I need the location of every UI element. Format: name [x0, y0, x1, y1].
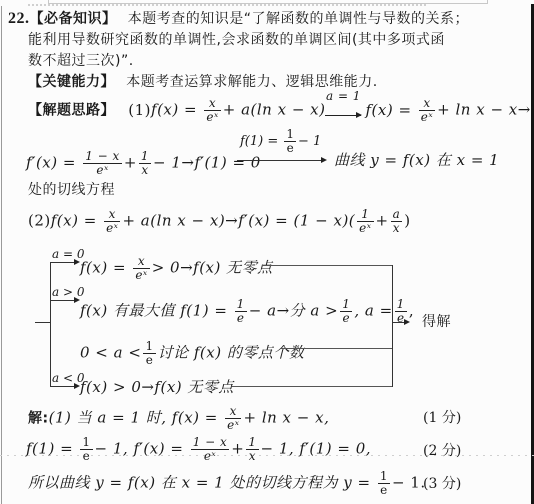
solution-text: f(1) = [26, 440, 78, 458]
branch-text: f(x) 有最大值 f(1) = [80, 302, 233, 320]
branch-arrow-4 [50, 386, 76, 387]
numerator: x [204, 97, 220, 111]
fraction: 1 − xeˣ [191, 436, 230, 463]
fraction: 1e [340, 298, 352, 325]
branch-3-connector [280, 348, 392, 349]
branch-4-connector [232, 386, 392, 387]
branch-text: f(x) > 0→f(x) 无零点 [80, 378, 234, 396]
numerator: 1 [143, 340, 155, 354]
fraction: ax [391, 208, 403, 235]
knowledge-text-1: 本题考查的知识是“了解函数的单调性与导数的关系； [128, 11, 469, 27]
solution-text: − 1. [392, 474, 426, 492]
arrow-a-equals-1: a = 1 [325, 104, 361, 124]
f-def-mid: + a(ln x − x)→f′(x) = (1 − x)( [122, 212, 355, 230]
top-dotted-line [28, 4, 428, 6]
numerator: 1 [357, 208, 373, 222]
numerator: 1 [235, 298, 247, 312]
solution-text: (1) 当 a = 1 时, f(x) = [49, 409, 224, 427]
plus: + [231, 440, 244, 458]
numerator: 1 [395, 298, 407, 312]
denominator: eˣ [133, 269, 149, 282]
numerator: 1 [139, 150, 151, 164]
part2-line: (2)f(x) = xeˣ+ a(ln x − x)→f′(x) = (1 − … [28, 208, 411, 235]
conclusion-line-2: 处的切线方程 [28, 180, 115, 200]
plus: + [376, 212, 389, 230]
branch-text: > 0→f(x) 无零点 [152, 259, 273, 277]
denominator: e [378, 484, 390, 497]
plus: + [124, 154, 137, 172]
branch-text: 讨论 f(x) 的零点个数 [158, 344, 305, 362]
denominator: eˣ [357, 222, 373, 235]
solution-text: − 1, f′(x) = [95, 440, 189, 458]
numerator: 1 [340, 298, 352, 312]
f-def-rest: + a(ln x − x) [223, 101, 326, 119]
branch-text: 0 < a < [80, 344, 141, 362]
branch-arrow-2 [50, 300, 76, 301]
numerator: a [391, 208, 403, 222]
solution-text: 所以曲线 y = f(x) 在 x = 1 处的切线方程为 y = [28, 474, 376, 492]
score-3: (3 分) [423, 473, 461, 493]
label-pre: f(1) = [240, 134, 282, 149]
arrow-head-icon [321, 157, 327, 163]
bracket-input-line [35, 322, 51, 323]
numerator: 1 [284, 128, 296, 142]
part1-label: (1) [128, 101, 151, 119]
long-arrow-shaft [237, 160, 323, 161]
fraction: 1e [378, 470, 390, 497]
fraction: 1e [235, 298, 247, 325]
solution-text: + ln x − x, [243, 409, 329, 427]
close-paren: ) [404, 212, 410, 230]
branch-condition-2: a > 0 [52, 286, 84, 298]
solution-line-3: 所以曲线 y = f(x) 在 x = 1 处的切线方程为 y = 1e− 1. [28, 470, 426, 497]
fraction: 1e [143, 340, 155, 367]
solution-line-1: 解:(1) 当 a = 1 时, f(x) = xeˣ+ ln x − x, [28, 405, 329, 432]
denominator: eˣ [104, 222, 120, 235]
long-arrow-label: f(1) = 1e− 1 [240, 128, 321, 155]
part2-label: (2) [28, 212, 51, 230]
bracket-left-vertical [50, 262, 51, 386]
denominator: x [246, 450, 258, 463]
branch-arrow-1 [50, 262, 76, 263]
branch-text: , a = [354, 302, 392, 320]
denominator: e [340, 312, 352, 325]
arrow-head-icon [404, 319, 410, 325]
numerator: x [225, 405, 241, 419]
solution-line-2: f(1) = 1e− 1, f′(x) = 1 − xeˣ+1x− 1, f′(… [26, 436, 371, 463]
solution-text: − 1, f′(1) = 0, [261, 440, 372, 458]
f-def-lhs: f(x) = [51, 212, 102, 230]
f-sub-rest: + ln x − x→ [437, 101, 531, 119]
score-1: (1 分) [423, 407, 461, 427]
branch-text: f(x) = [80, 259, 131, 277]
numerator: 1 − x [191, 436, 230, 450]
fraction: 1e [284, 128, 296, 155]
knowledge-line-1: 22.【必备知识】 本题考查的知识是“了解函数的单调性与导数的关系； [8, 8, 469, 29]
denominator: e [80, 450, 92, 463]
f-sub-lhs: f(x) = [365, 101, 416, 119]
denominator: x [391, 222, 403, 235]
label-post: − 1 [298, 134, 321, 149]
conclusion: 曲线 y = f(x) 在 x = 1 [334, 151, 499, 169]
deriv-lhs: f′(x) = [26, 154, 81, 172]
fraction: 1eˣ [357, 208, 373, 235]
ability-tag: 【关键能力】 [28, 74, 115, 90]
approach-line-2: f′(x) = 1 − xeˣ+1x− 1→f′(1) = 0 [26, 150, 261, 177]
fraction: xeˣ [104, 208, 120, 235]
branch-3: 0 < a <1e讨论 f(x) 的零点个数 [80, 340, 304, 367]
numerator: 1 − x [83, 150, 122, 164]
denominator: e [284, 142, 296, 155]
problem-number: 22. [8, 10, 30, 27]
knowledge-line-2: 能利用导数研究函数的单调性,会求函数的单调区间(其中多项式函 [28, 30, 445, 50]
arrow-icon [325, 115, 361, 116]
knowledge-tag: 【必备知识】 [30, 11, 117, 27]
fraction: 1x [139, 150, 151, 177]
fraction: xeˣ [204, 97, 220, 124]
f-def-lhs: f(x) = [151, 101, 202, 119]
fraction: xeˣ [133, 255, 149, 282]
bracket-right-vertical [392, 265, 393, 387]
denominator: eˣ [225, 419, 241, 432]
score-2: (2 分) [423, 440, 461, 460]
arrow-label: a = 1 [325, 90, 361, 102]
denominator: eˣ [419, 111, 435, 124]
fraction: 1x [246, 436, 258, 463]
solution-lead: 解: [28, 411, 49, 427]
numerator: x [133, 255, 149, 269]
denominator: e [143, 354, 155, 367]
fraction: xeˣ [225, 405, 241, 432]
approach-tag: 【解题思路】 [28, 103, 115, 119]
knowledge-line-3: 数不超过三次)”. [28, 51, 134, 71]
denominator: eˣ [83, 164, 122, 177]
fraction: 1 − xeˣ [83, 150, 122, 177]
branch-4: f(x) > 0→f(x) 无零点 [80, 377, 234, 397]
numerator: 1 [378, 470, 390, 484]
result-text: 得解 [422, 312, 451, 332]
denominator: eˣ [191, 450, 230, 463]
numerator: 1 [80, 436, 92, 450]
conclusion-text: 曲线 y = f(x) 在 x = 1 [334, 150, 499, 170]
branch-2: f(x) 有最大值 f(1) = 1e− a→分 a >1e, a =1e, [80, 298, 414, 325]
denominator: x [139, 164, 151, 177]
numerator: x [104, 208, 120, 222]
approach-line-1: 【解题思路】 (1)f(x) = xeˣ+ a(ln x − x)a = 1f(… [28, 97, 531, 124]
ability-text: 本题考查运算求解能力、逻辑思维能力. [126, 74, 377, 90]
denominator: eˣ [204, 111, 220, 124]
fraction: 1e [80, 436, 92, 463]
left-border [1, 6, 2, 504]
branch-1: f(x) = xeˣ> 0→f(x) 无零点 [80, 255, 273, 282]
branch-text: − a→分 a > [249, 302, 338, 320]
branch-text: , [409, 302, 414, 320]
deriv-rest: − 1→f′(1) = 0 [153, 154, 261, 172]
branch-1-connector [262, 265, 392, 266]
denominator: e [235, 312, 247, 325]
fraction: xeˣ [419, 97, 435, 124]
numerator: x [419, 97, 435, 111]
numerator: 1 [246, 436, 258, 450]
document-page: 22.【必备知识】 本题考查的知识是“了解函数的单调性与导数的关系； 能利用导数… [0, 0, 534, 504]
